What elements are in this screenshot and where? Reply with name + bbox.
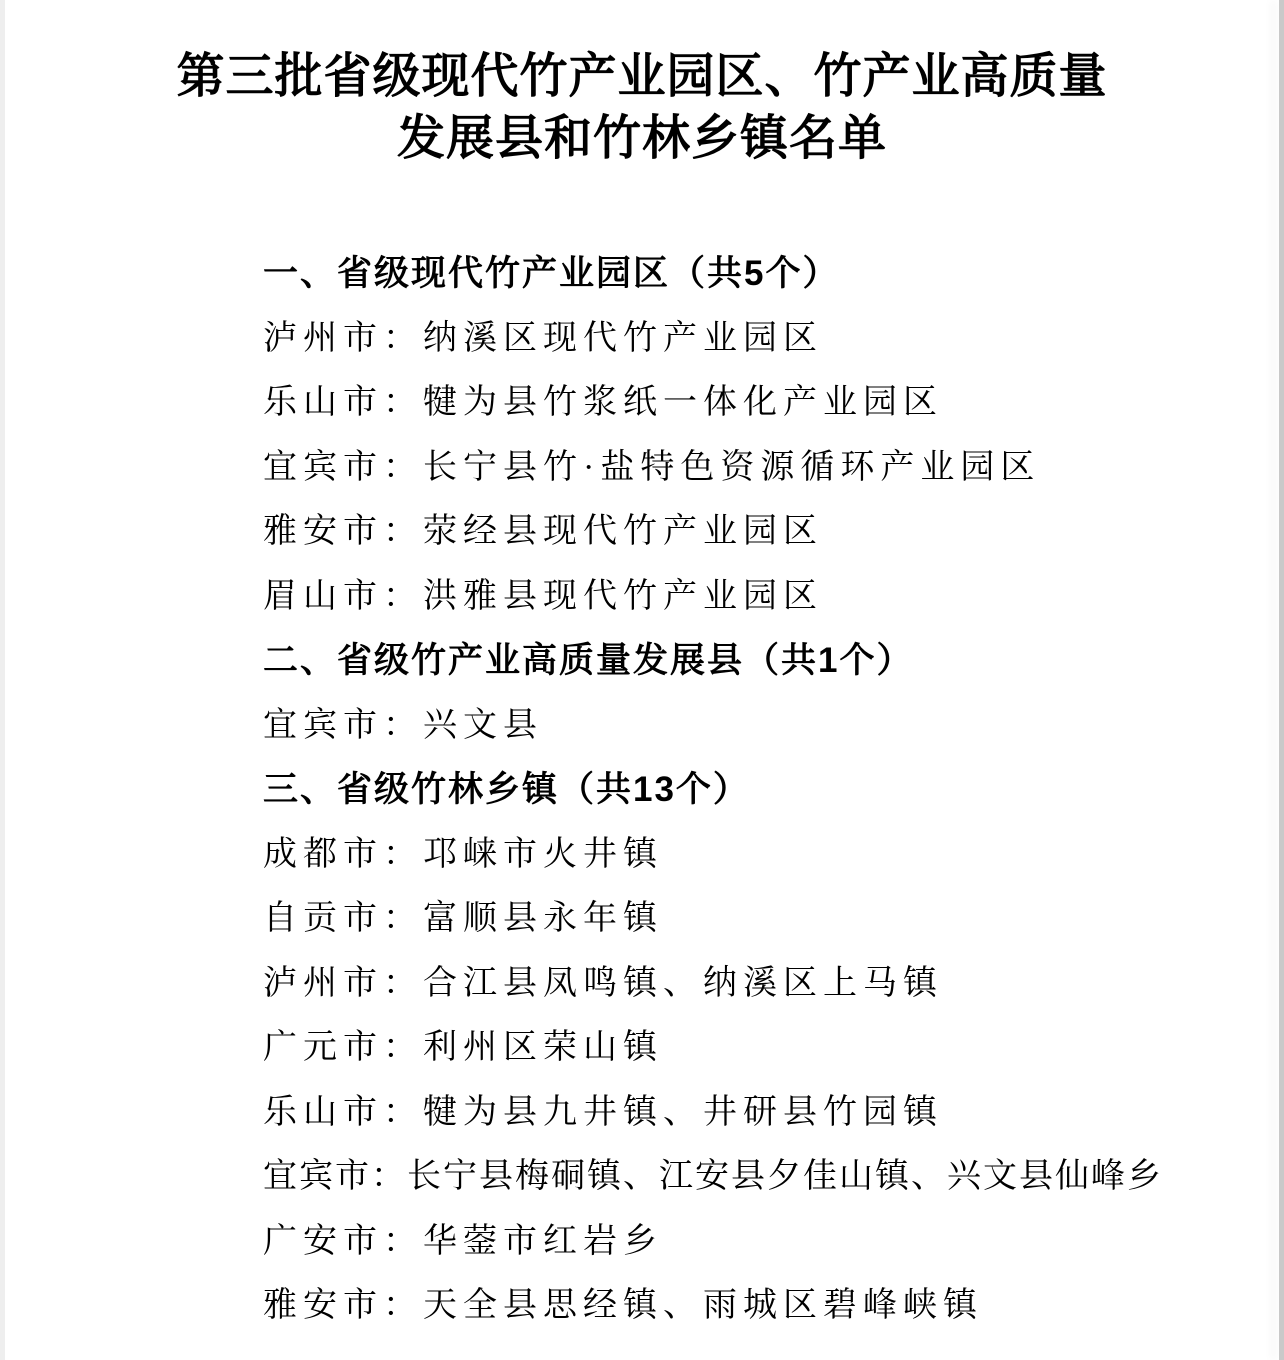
list-item: 泸州市：合江县凤鸣镇、纳溪区上马镇 [263, 952, 1264, 1017]
list-item: 宜宾市：长宁县竹·盐特色资源循环产业园区 [263, 436, 1264, 501]
list-item: 乐山市：犍为县竹浆纸一体化产业园区 [263, 371, 1264, 436]
section-2-heading: 二、省级竹产业高质量发展县（共1个） [263, 629, 1264, 694]
list-item: 雅安市：天全县思经镇、雨城区碧峰峡镇 [263, 1274, 1264, 1339]
section-1-heading: 一、省级现代竹产业园区（共5个） [263, 242, 1264, 307]
document-title-line-1: 第三批省级现代竹产业园区、竹产业高质量 [0, 46, 1284, 108]
document-title-line-2: 发展县和竹林乡镇名单 [0, 108, 1284, 170]
list-item: 成都市：邛崃市火井镇 [263, 823, 1264, 888]
list-item: 宜宾市：兴文县 [263, 694, 1264, 759]
document-title: 第三批省级现代竹产业园区、竹产业高质量 发展县和竹林乡镇名单 [0, 46, 1284, 170]
list-item: 广安市：华蓥市红岩乡 [263, 1210, 1264, 1275]
list-item: 乐山市：犍为县九井镇、井研县竹园镇 [263, 1081, 1264, 1146]
section-3-heading: 三、省级竹林乡镇（共13个） [263, 758, 1264, 823]
document-body: 一、省级现代竹产业园区（共5个） 泸州市：纳溪区现代竹产业园区 乐山市：犍为县竹… [0, 242, 1284, 1339]
list-item: 广元市：利州区荣山镇 [263, 1016, 1264, 1081]
list-item: 宜宾市：长宁县梅硐镇、江安县夕佳山镇、兴文县仙峰乡 [263, 1145, 1264, 1210]
list-item: 雅安市：荥经县现代竹产业园区 [263, 500, 1264, 565]
document-page: 第三批省级现代竹产业园区、竹产业高质量 发展县和竹林乡镇名单 一、省级现代竹产业… [0, 0, 1284, 1339]
list-item: 眉山市：洪雅县现代竹产业园区 [263, 565, 1264, 630]
list-item: 自贡市：富顺县永年镇 [263, 887, 1264, 952]
list-item: 泸州市：纳溪区现代竹产业园区 [263, 307, 1264, 372]
